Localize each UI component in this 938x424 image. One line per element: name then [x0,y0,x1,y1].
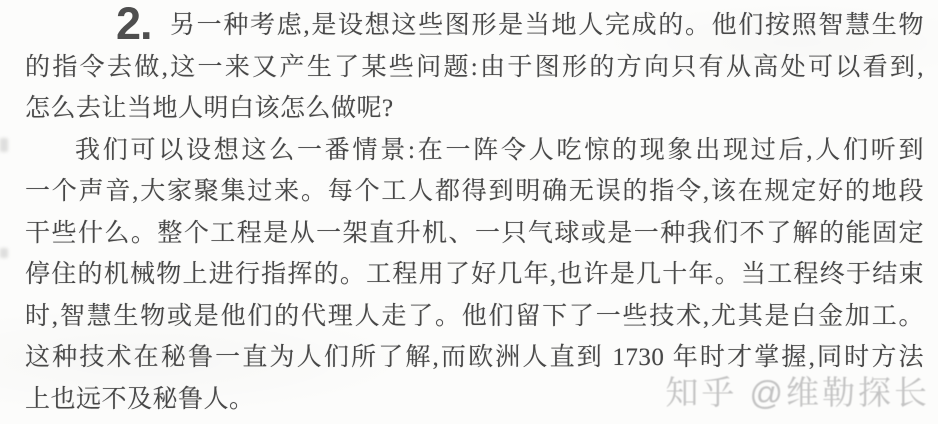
text-line: 干些什么。整个工程是从一架直升机、一只气球或是一种我们不了解的能固定 [25,213,924,255]
text-line: 怎么去让当地人明白该怎么做呢? [25,88,924,130]
text-line: 我们可以设想这么一番情景:在一阵令人吃惊的现象出现过后,人们听到 [25,130,924,172]
text-line: 另一种考虑,是设想这些图形是当地人完成的。他们按照智慧生物 [25,5,924,47]
scan-artifact [0,138,8,152]
scanned-document-page: 2. 另一种考虑,是设想这些图形是当地人完成的。他们按照智慧生物 的指令去做,这… [0,0,938,424]
text-line: 一个声音,大家聚集过来。每个工人都得到明确无误的指令,该在规定好的地段 [25,171,924,213]
text-line: 这种技术在秘鲁一直为人们所了解,而欧洲人直到 1730 年时才掌握,同时方法 [25,337,924,379]
text-line: 的指令去做,这一来又产生了某些问题:由于图形的方向只有从高处可以看到, [25,47,924,89]
body-text: 另一种考虑,是设想这些图形是当地人完成的。他们按照智慧生物 的指令去做,这一来又… [25,5,924,420]
text-line: 停住的机械物上进行指挥的。工程用了好几年,也许是几十年。当工程终于结束 [25,254,924,296]
scan-artifact [0,248,8,258]
text-line: 上也远不及秘鲁人。 [25,379,924,421]
text-line: 时,智慧生物或是他们的代理人走了。他们留下了一些技术,尤其是白金加工。 [25,296,924,338]
